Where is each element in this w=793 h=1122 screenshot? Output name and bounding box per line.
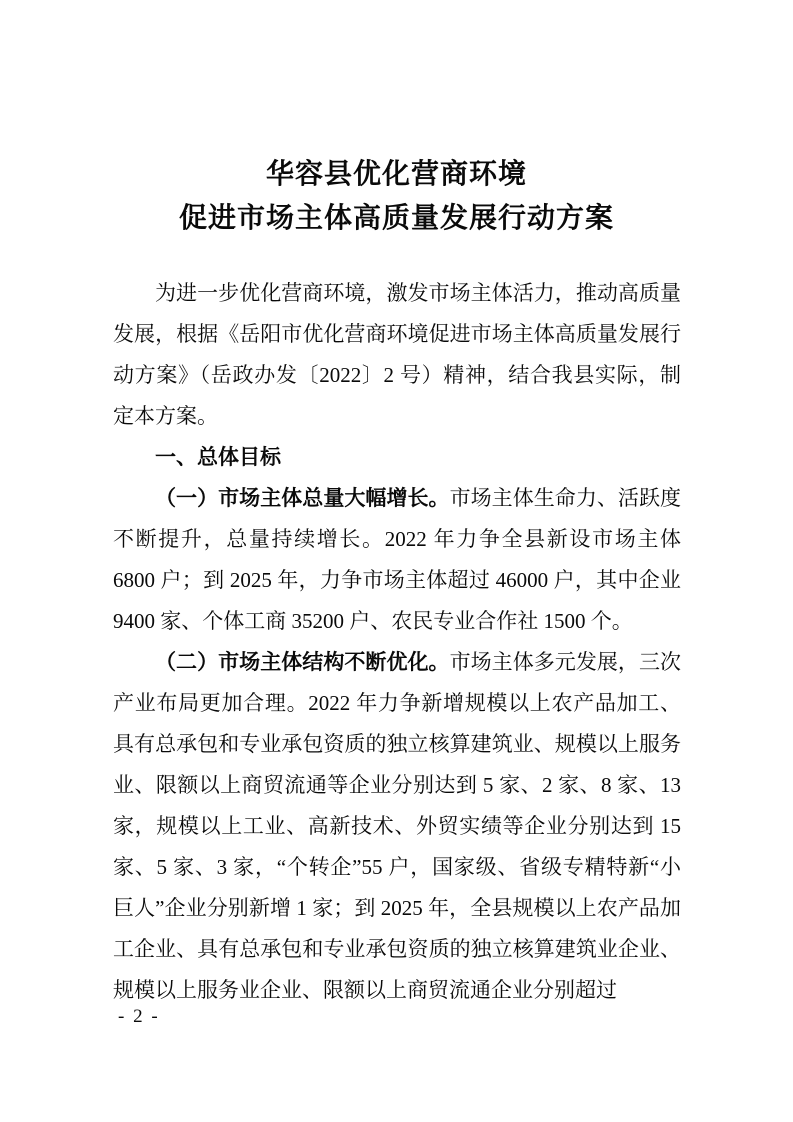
section-1-item-2-lead: （二）市场主体结构不断优化。 xyxy=(155,650,450,674)
document-title-line-1: 华容县优化营商环境 xyxy=(0,152,793,196)
document-title-line-2: 促进市场主体高质量发展行动方案 xyxy=(0,196,793,240)
intro-paragraph: 为进一步优化营商环境，激发市场主体活力，推动高质量发展，根据《岳阳市优化营商环境… xyxy=(113,273,681,437)
section-1-heading: 一、总体目标 xyxy=(113,437,681,478)
section-1-item-1-paragraph: （一）市场主体总量大幅增长。市场主体生命力、活跃度不断提升，总量持续增长。202… xyxy=(113,478,681,642)
document-page: 华容县优化营商环境 促进市场主体高质量发展行动方案 为进一步优化营商环境，激发市… xyxy=(0,0,793,1122)
document-title: 华容县优化营商环境 促进市场主体高质量发展行动方案 xyxy=(0,0,793,240)
page-number: - 2 - xyxy=(118,1006,160,1028)
section-1-item-2-paragraph: （二）市场主体结构不断优化。市场主体多元发展，三次产业布局更加合理。2022 年… xyxy=(113,642,681,1011)
document-body: 为进一步优化营商环境，激发市场主体活力，推动高质量发展，根据《岳阳市优化营商环境… xyxy=(113,273,681,1011)
section-1-item-2-text: 市场主体多元发展，三次产业布局更加合理。2022 年力争新增规模以上农产品加工、… xyxy=(113,650,681,1002)
section-1-item-1-lead: （一）市场主体总量大幅增长。 xyxy=(155,486,450,510)
